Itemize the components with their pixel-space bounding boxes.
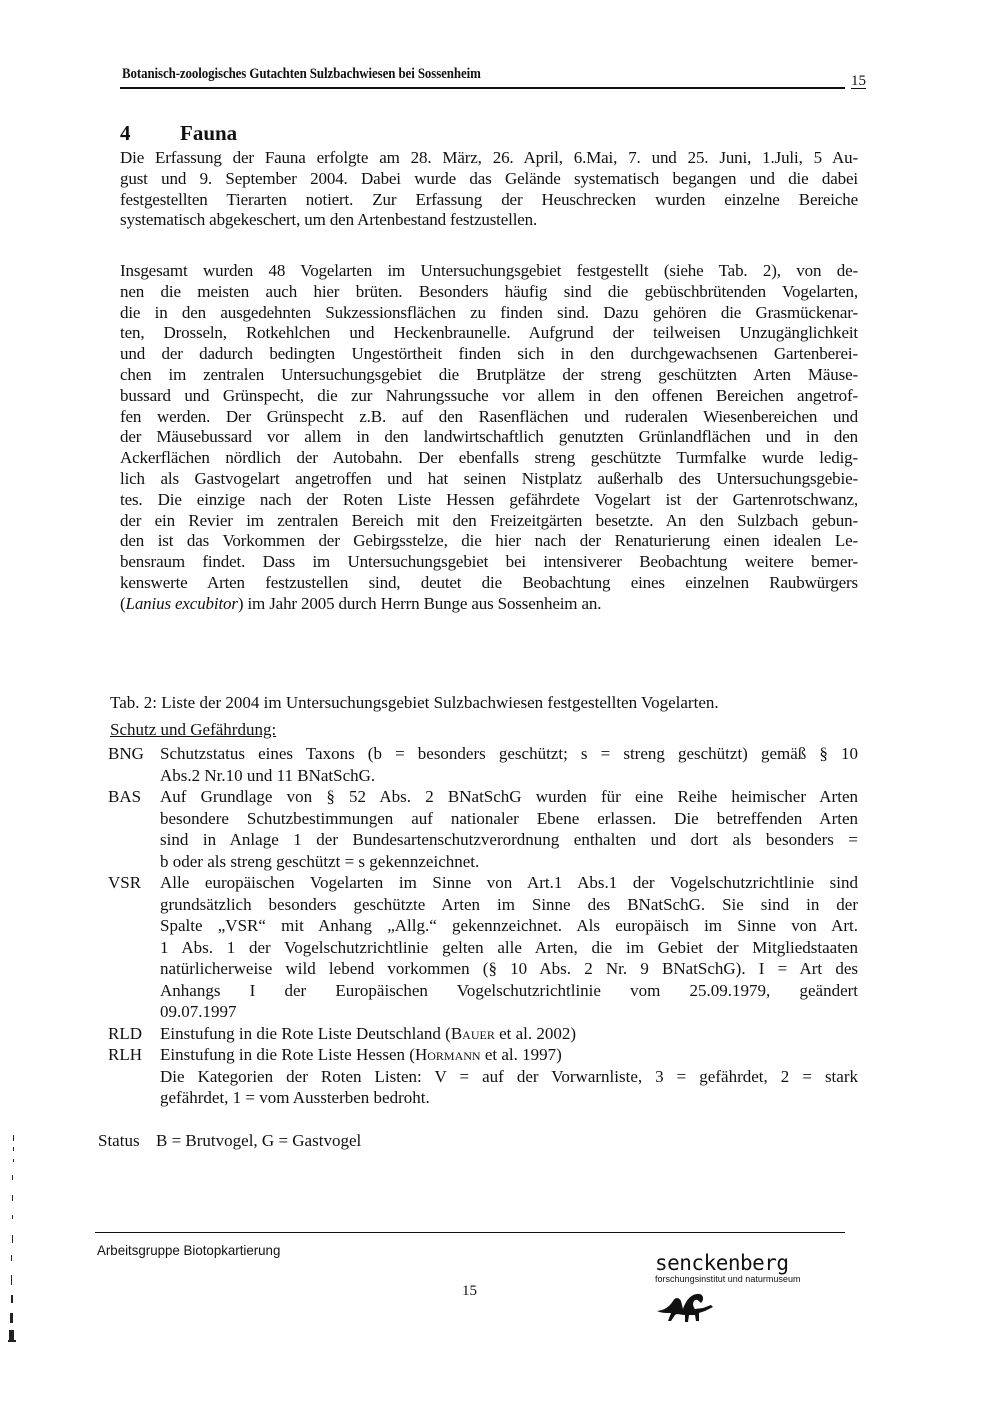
text-line: ten, Drosseln, Rotkehlchen und Heckenbra… bbox=[120, 323, 858, 344]
text-line: bensraum findet. Dass im Untersuchungsge… bbox=[120, 552, 858, 573]
paragraph-survey-dates: Die Erfassung der Fauna erfolgte am 28. … bbox=[120, 148, 858, 231]
text-line: chen im zentralen Untersuchungsgebiet di… bbox=[120, 365, 858, 386]
senckenberg-logo: senckenberg forschungsinstitut und natur… bbox=[655, 1252, 808, 1330]
legend-entry-status: Status B = Brutvogel, G = Gastvogel bbox=[98, 1130, 858, 1152]
text-line: den ist das Vorkommen der Gebirgsstelze,… bbox=[120, 531, 858, 552]
text-line: sind in Anlage 1 der Bundesartenschutzve… bbox=[160, 829, 858, 851]
scan-artifact bbox=[8, 1135, 16, 1355]
text-line: Die Kategorien der Roten Listen: V = auf… bbox=[160, 1066, 858, 1088]
footer-page-number: 15 bbox=[462, 1283, 477, 1300]
text-line: Anhangs I der Europäischen Vogelschutzri… bbox=[160, 980, 858, 1002]
dinosaur-icon bbox=[655, 1291, 808, 1330]
text-line: Auf Grundlage von § 52 Abs. 2 BNatSchG w… bbox=[160, 786, 858, 808]
text-line: besondere Schutzbestimmungen auf nationa… bbox=[160, 808, 858, 830]
section-title: Fauna bbox=[180, 121, 237, 145]
paragraph-bird-species: Insgesamt wurden 48 Vogelarten im Unters… bbox=[120, 261, 858, 615]
legend-entry-bas: BAS Auf Grundlage von § 52 Abs. 2 BNatSc… bbox=[108, 786, 858, 872]
header-rule bbox=[120, 87, 845, 89]
text-fragment: ) im Jahr 2005 durch Herrn Bunge aus Sos… bbox=[238, 594, 601, 613]
running-header: Botanisch-zoologisches Gutachten Sulzbac… bbox=[120, 66, 870, 88]
text-line: festgestellten Tierarten notiert. Zur Er… bbox=[120, 190, 858, 211]
legend-key: Status bbox=[98, 1130, 156, 1152]
legend-entry-rld: RLD Einstufung in die Rote Liste Deutsch… bbox=[108, 1023, 858, 1045]
text-line: Alle europäischen Vogelarten im Sinne vo… bbox=[160, 872, 858, 894]
legend-key: VSR bbox=[108, 872, 160, 1023]
legend-key: RLH bbox=[108, 1044, 160, 1109]
text-line: Spalte „VSR“ mit Anhang „Allg.“ gekennze… bbox=[160, 915, 858, 937]
legend-description: Schutzstatus eines Taxons (b = besonders… bbox=[160, 743, 858, 786]
text-line: und der dadurch bedingten Ungestörtheit … bbox=[120, 344, 858, 365]
logo-brand: senckenberg bbox=[655, 1252, 808, 1274]
footer-rule bbox=[95, 1232, 845, 1233]
legend-entry-vsr: VSR Alle europäischen Vogelarten im Sinn… bbox=[108, 872, 858, 1023]
text-line: Schutzstatus eines Taxons (b = besonders… bbox=[160, 743, 858, 765]
text-line: natürlicherweise wild lebend vorkommen (… bbox=[160, 958, 858, 980]
table-caption: Tab. 2: Liste der 2004 im Untersuchungsg… bbox=[110, 693, 719, 713]
text-line: tes. Die einzige nach der Roten Liste He… bbox=[120, 490, 858, 511]
legend-entry-rlh: RLH Einstufung in die Rote Liste Hessen … bbox=[108, 1044, 858, 1109]
text-line: kenswerte Arten festzustellen sind, deut… bbox=[120, 573, 858, 594]
legend-key: BAS bbox=[108, 786, 160, 872]
legend-description: Einstufung in die Rote Liste Hessen (Hor… bbox=[160, 1044, 858, 1109]
text-line: Insgesamt wurden 48 Vogelarten im Unters… bbox=[120, 261, 858, 282]
text-line: grundsätzlich besonders geschützte Arten… bbox=[160, 894, 858, 916]
legend-description: Alle europäischen Vogelarten im Sinne vo… bbox=[160, 872, 858, 1023]
text-fragment: Einstufung in die Rote Liste Hessen ( bbox=[160, 1045, 415, 1064]
header-page-number: 15 bbox=[851, 74, 866, 89]
text-line: Ackerflächen nördlich der Autobahn. Der … bbox=[120, 448, 858, 469]
legend-title: Schutz und Gefährdung: bbox=[110, 720, 276, 740]
text-line: gust und 9. September 2004. Dabei wurde … bbox=[120, 169, 858, 190]
text-line: fen werden. Der Grünspecht z.B. auf den … bbox=[120, 407, 858, 428]
text-line: der ein Revier im zentralen Bereich mit … bbox=[120, 511, 858, 532]
text-line: 1 Abs. 1 der Vogelschutzrichtlinie gelte… bbox=[160, 937, 858, 959]
species-name-italic: Lanius excubitor bbox=[126, 594, 238, 613]
text-line: lich als Gastvogelart angetroffen und ha… bbox=[120, 469, 858, 490]
text-line: der Mäusebussard vor allem in den landwi… bbox=[120, 427, 858, 448]
text-fragment: et al. 1997) bbox=[481, 1045, 562, 1064]
legend-description: Auf Grundlage von § 52 Abs. 2 BNatSchG w… bbox=[160, 786, 858, 872]
legend-list: BNG Schutzstatus eines Taxons (b = beson… bbox=[108, 743, 858, 1151]
text-line-last: (Lanius excubitor) im Jahr 2005 durch He… bbox=[120, 594, 858, 615]
author-name: Hormann bbox=[415, 1045, 481, 1064]
text-line: systematisch abgekeschert, um den Artenb… bbox=[120, 210, 858, 231]
legend-key: RLD bbox=[108, 1023, 160, 1045]
text-line: nen die meisten auch hier brüten. Besond… bbox=[120, 282, 858, 303]
section-number: 4 bbox=[120, 121, 180, 146]
text-line: b oder als streng geschützt = s gekennze… bbox=[160, 851, 858, 873]
legend-description: Einstufung in die Rote Liste Deutschland… bbox=[160, 1023, 858, 1045]
legend-description: B = Brutvogel, G = Gastvogel bbox=[156, 1130, 361, 1152]
text-line: 09.07.1997 bbox=[160, 1001, 858, 1023]
text-line: gefährdet, 1 = vom Aussterben bedroht. bbox=[160, 1087, 858, 1109]
logo-subtitle: forschungsinstitut und naturmuseum bbox=[655, 1274, 800, 1285]
text-line: Abs.2 Nr.10 und 11 BNatSchG. bbox=[160, 765, 858, 787]
legend-entry-bng: BNG Schutzstatus eines Taxons (b = beson… bbox=[108, 743, 858, 786]
author-name: Bauer bbox=[451, 1024, 495, 1043]
section-heading: 4Fauna bbox=[120, 121, 237, 146]
text-line: die in den ausgedehnten Sukzessionsfläch… bbox=[120, 303, 858, 324]
text-fragment: et al. 2002) bbox=[495, 1024, 576, 1043]
document-title: Botanisch-zoologisches Gutachten Sulzbac… bbox=[122, 66, 481, 83]
text-fragment: Einstufung in die Rote Liste Deutschland… bbox=[160, 1024, 451, 1043]
text-line: bussard und Grünspecht, die zur Nahrungs… bbox=[120, 386, 858, 407]
legend-key: BNG bbox=[108, 743, 160, 786]
text-line: Die Erfassung der Fauna erfolgte am 28. … bbox=[120, 148, 858, 169]
footer-organization: Arbeitsgruppe Biotopkartierung bbox=[97, 1242, 280, 1258]
